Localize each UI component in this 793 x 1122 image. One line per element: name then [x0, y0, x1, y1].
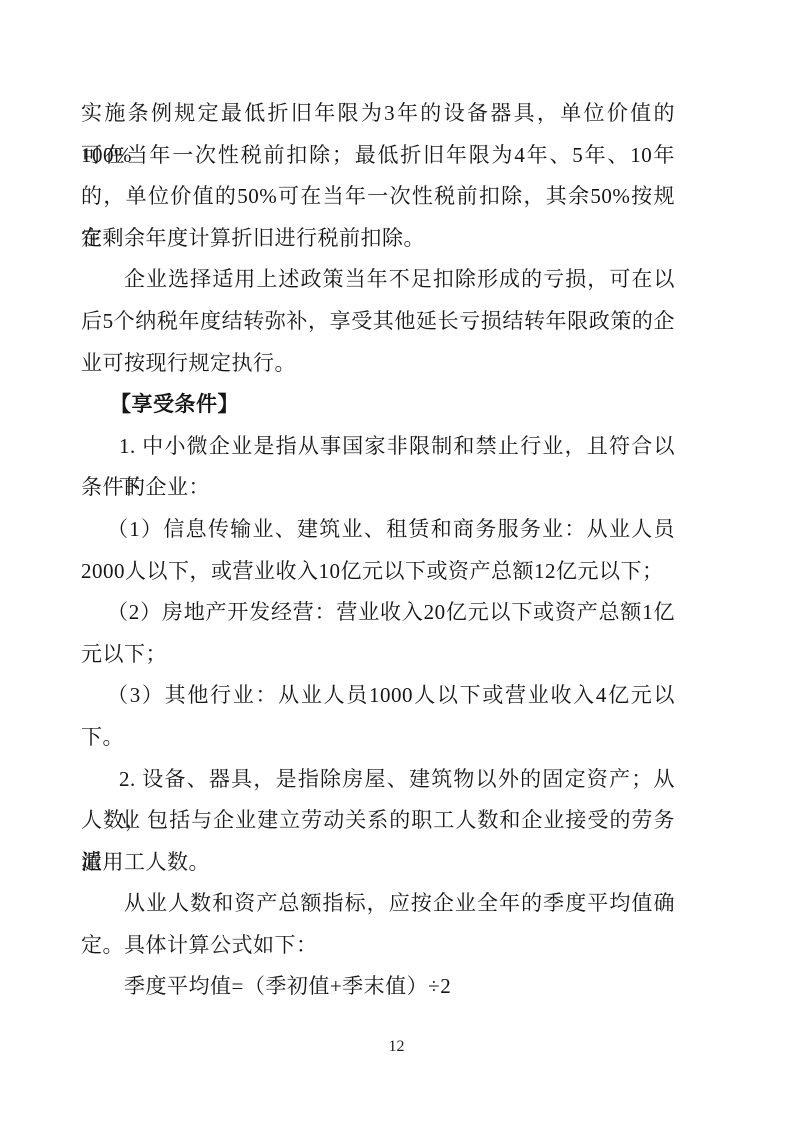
page-number: 12 — [0, 1036, 793, 1058]
paragraph: （1）信息传输业、建筑业、租赁和商务服务业：从业人员 2000人以下，或营业收入… — [81, 509, 675, 592]
paragraph: 2. 设备、器具，是指除房屋、建筑物以外的固定资产；从业 人数，包括与企业建立劳… — [81, 759, 675, 884]
text-line: 下。 — [81, 717, 675, 759]
document-body: 实施条例规定最低折旧年限为3年的设备器具，单位价值的100% 可在当年一次性税前… — [81, 93, 675, 1008]
text-line: 定。具体计算公式如下： — [81, 925, 675, 967]
text-line: 2000人以下，或营业收入10亿元以下或资产总额12亿元以下； — [81, 551, 675, 593]
formula-line: 季度平均值=（季初值+季末值）÷2 — [81, 966, 675, 1008]
text-line: 从业人数和资产总额指标，应按企业全年的季度平均值确 — [81, 883, 675, 925]
text-line: 元以下； — [81, 634, 675, 676]
paragraph: 季度平均值=（季初值+季末值）÷2 — [81, 966, 675, 1008]
paragraph: 实施条例规定最低折旧年限为3年的设备器具，单位价值的100% 可在当年一次性税前… — [81, 93, 675, 259]
text-line: 实施条例规定最低折旧年限为3年的设备器具，单位价值的100% — [81, 93, 675, 135]
text-line: （3）其他行业：从业人员1000人以下或营业收入4亿元以 — [81, 675, 675, 717]
paragraph: 从业人数和资产总额指标，应按企业全年的季度平均值确 定。具体计算公式如下： — [81, 883, 675, 966]
text-line: 遣用工人数。 — [81, 842, 675, 884]
text-line: 企业选择适用上述政策当年不足扣除形成的亏损，可在以 — [81, 259, 675, 301]
text-line: 可在当年一次性税前扣除；最低折旧年限为4年、5年、10年 — [81, 135, 675, 177]
text-line: 后5个纳税年度结转弥补，享受其他延长亏损结转年限政策的企 — [81, 301, 675, 343]
text-line: 的，单位价值的50%可在当年一次性税前扣除，其余50%按规定 — [81, 176, 675, 218]
text-line: （2）房地产开发经营：营业收入20亿元以下或资产总额1亿 — [81, 592, 675, 634]
text-line: 人数，包括与企业建立劳动关系的职工人数和企业接受的劳务派 — [81, 800, 675, 842]
text-line: 条件的企业： — [81, 467, 675, 509]
paragraph: （2）房地产开发经营：营业收入20亿元以下或资产总额1亿 元以下； — [81, 592, 675, 675]
document-page: 实施条例规定最低折旧年限为3年的设备器具，单位价值的100% 可在当年一次性税前… — [0, 0, 793, 1122]
text-line: （1）信息传输业、建筑业、租赁和商务服务业：从业人员 — [81, 509, 675, 551]
text-line: 1. 中小微企业是指从事国家非限制和禁止行业，且符合以下 — [81, 426, 675, 468]
text-line: 在剩余年度计算折旧进行税前扣除。 — [81, 218, 675, 260]
paragraph: 企业选择适用上述政策当年不足扣除形成的亏损，可在以 后5个纳税年度结转弥补，享受… — [81, 259, 675, 384]
paragraph: （3）其他行业：从业人员1000人以下或营业收入4亿元以 下。 — [81, 675, 675, 758]
section-heading: 【享受条件】 — [81, 384, 675, 426]
paragraph: 1. 中小微企业是指从事国家非限制和禁止行业，且符合以下 条件的企业： — [81, 426, 675, 509]
text-line: 2. 设备、器具，是指除房屋、建筑物以外的固定资产；从业 — [81, 759, 675, 801]
text-line: 业可按现行规定执行。 — [81, 343, 675, 385]
